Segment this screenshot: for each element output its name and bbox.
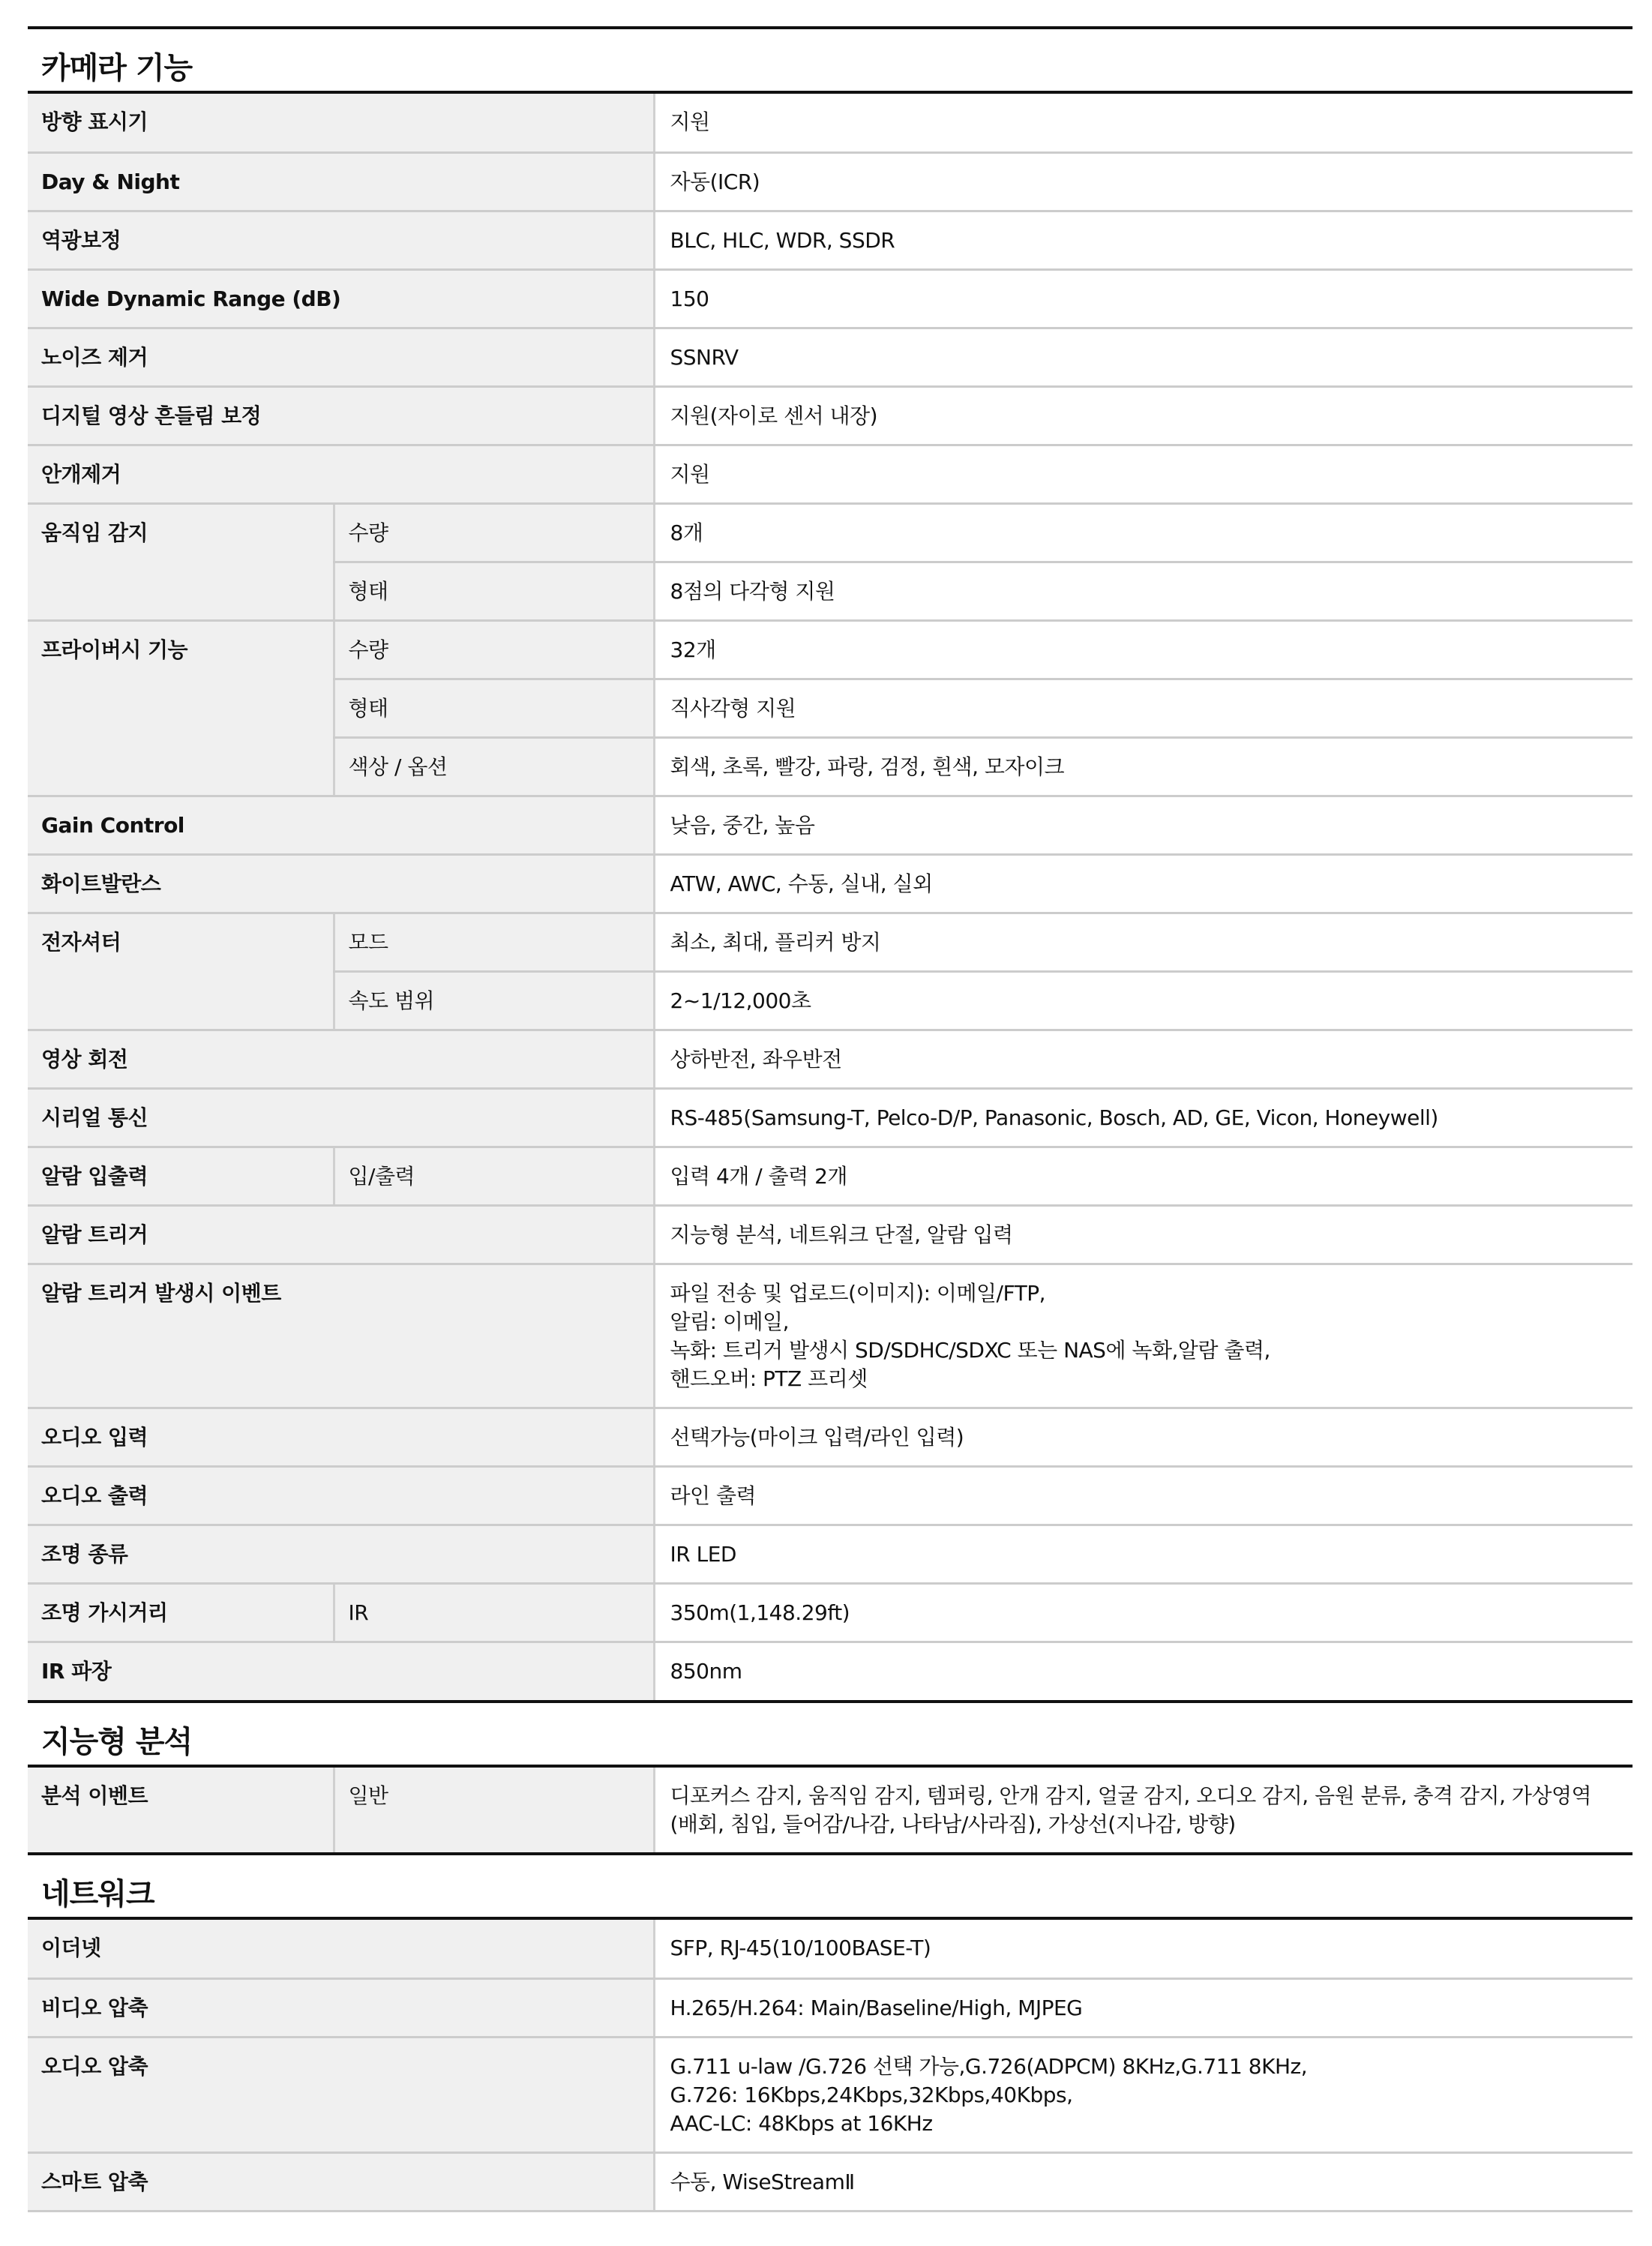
table-row: 프라이버시 기능 수량 32개 (28, 620, 1633, 679)
section-camera-features: 카메라 기능 방향 표시기 지원 Day & Night 자동(ICR) 역광보… (28, 26, 1633, 1700)
table-row: 영상 회전 상하반전, 좌우반전 (28, 1030, 1633, 1088)
row-label: 안개제거 (28, 445, 654, 503)
row-label: 움직임 감지 (28, 503, 334, 620)
row-value: 8점의 다각형 지원 (654, 562, 1633, 620)
value-line: G.711 u-law /G.726 선택 가능,G.726(ADPCM) 8K… (670, 2053, 1620, 2081)
row-label: 알람 입출력 (28, 1147, 334, 1205)
table-row: 이더넷 SFP, RJ-45(10/100BASE-T) (28, 1920, 1633, 1978)
row-value: 디포커스 감지, 움직임 감지, 템퍼링, 안개 감지, 얼굴 감지, 오디오 … (654, 1768, 1633, 1852)
row-label: 프라이버시 기능 (28, 620, 334, 796)
row-value: SSNRV (654, 328, 1633, 386)
row-value: 지원 (654, 445, 1633, 503)
section-title: 지능형 분석 (28, 1703, 1633, 1768)
row-label: 알람 트리거 (28, 1205, 654, 1264)
row-label: 화이트발란스 (28, 854, 654, 913)
spec-table: 방향 표시기 지원 Day & Night 자동(ICR) 역광보정 BLC, … (28, 94, 1633, 1700)
row-value: 직사각형 지원 (654, 679, 1633, 737)
row-sublabel: 속도 범위 (334, 971, 654, 1030)
table-row: 오디오 출력 라인 출력 (28, 1466, 1633, 1525)
row-label: 오디오 압축 (28, 2037, 654, 2152)
row-label: 분석 이벤트 (28, 1768, 334, 1852)
table-row: 디지털 영상 흔들림 보정 지원(자이로 센서 내장) (28, 386, 1633, 445)
row-label: 디지털 영상 흔들림 보정 (28, 386, 654, 445)
row-sublabel: 입/출력 (334, 1147, 654, 1205)
row-label: Day & Night (28, 152, 654, 211)
section-title: 카메라 기능 (28, 29, 1633, 94)
value-line: 알림: 이메일, (670, 1308, 1620, 1336)
row-label: 조명 가시거리 (28, 1583, 334, 1642)
spec-table: 이더넷 SFP, RJ-45(10/100BASE-T) 비디오 압축 H.26… (28, 1920, 1633, 2212)
value-line: 핸드오버: PTZ 프리셋 (670, 1365, 1620, 1393)
row-value: IR LED (654, 1525, 1633, 1583)
row-value: ATW, AWC, 수동, 실내, 실외 (654, 854, 1633, 913)
row-value: 낮음, 중간, 높음 (654, 796, 1633, 854)
row-sublabel: 형태 (334, 679, 654, 737)
table-row: 오디오 압축 G.711 u-law /G.726 선택 가능,G.726(AD… (28, 2037, 1633, 2152)
row-label: 오디오 입력 (28, 1408, 654, 1466)
row-label: Wide Dynamic Range (dB) (28, 269, 654, 328)
spec-table: 분석 이벤트 일반 디포커스 감지, 움직임 감지, 템퍼링, 안개 감지, 얼… (28, 1768, 1633, 1852)
row-value: 2~1/12,000초 (654, 971, 1633, 1030)
value-line: G.726: 16Kbps,24Kbps,32Kbps,40Kbps, (670, 2081, 1620, 2110)
table-row: Gain Control 낮음, 중간, 높음 (28, 796, 1633, 854)
row-label: 오디오 출력 (28, 1466, 654, 1525)
row-sublabel: 수량 (334, 620, 654, 679)
table-row: 알람 트리거 발생시 이벤트 파일 전송 및 업로드(이미지): 이메일/FTP… (28, 1264, 1633, 1408)
row-value: 지원 (654, 94, 1633, 152)
row-label: 알람 트리거 발생시 이벤트 (28, 1264, 654, 1408)
section-intelligent-analytics: 지능형 분석 분석 이벤트 일반 디포커스 감지, 움직임 감지, 템퍼링, 안… (28, 1700, 1633, 1852)
row-label: Gain Control (28, 796, 654, 854)
row-label: 역광보정 (28, 211, 654, 269)
row-sublabel: 일반 (334, 1768, 654, 1852)
row-label: 비디오 압축 (28, 1978, 654, 2037)
row-value: SFP, RJ-45(10/100BASE-T) (654, 1920, 1633, 1978)
row-value: 회색, 초록, 빨강, 파랑, 검정, 흰색, 모자이크 (654, 737, 1633, 796)
table-row: 조명 가시거리 IR 350m(1,148.29ft) (28, 1583, 1633, 1642)
row-label: IR 파장 (28, 1642, 654, 1700)
row-label: 전자셔터 (28, 913, 334, 1030)
table-row: 방향 표시기 지원 (28, 94, 1633, 152)
row-sublabel: 수량 (334, 503, 654, 562)
table-row: 비디오 압축 H.265/H.264: Main/Baseline/High, … (28, 1978, 1633, 2037)
row-label: 시리얼 통신 (28, 1088, 654, 1147)
row-value: 입력 4개 / 출력 2개 (654, 1147, 1633, 1205)
row-label: 영상 회전 (28, 1030, 654, 1088)
row-value: 8개 (654, 503, 1633, 562)
table-row: 알람 입출력 입/출력 입력 4개 / 출력 2개 (28, 1147, 1633, 1205)
spec-sheet: 카메라 기능 방향 표시기 지원 Day & Night 자동(ICR) 역광보… (28, 26, 1633, 2212)
table-row: 분석 이벤트 일반 디포커스 감지, 움직임 감지, 템퍼링, 안개 감지, 얼… (28, 1768, 1633, 1852)
row-value: G.711 u-law /G.726 선택 가능,G.726(ADPCM) 8K… (654, 2037, 1633, 2152)
row-value: 파일 전송 및 업로드(이미지): 이메일/FTP, 알림: 이메일, 녹화: … (654, 1264, 1633, 1408)
row-value: 최소, 최대, 플리커 방지 (654, 913, 1633, 971)
table-row: 노이즈 제거 SSNRV (28, 328, 1633, 386)
row-value: 선택가능(마이크 입력/라인 입력) (654, 1408, 1633, 1466)
value-line: 파일 전송 및 업로드(이미지): 이메일/FTP, (670, 1279, 1620, 1308)
table-row: Day & Night 자동(ICR) (28, 152, 1633, 211)
value-line: (배회, 침입, 들어감/나감, 나타남/사라짐), 가상선(지나감, 방향) (670, 1810, 1620, 1839)
row-value: 150 (654, 269, 1633, 328)
row-value: RS-485(Samsung-T, Pelco-D/P, Panasonic, … (654, 1088, 1633, 1147)
table-row: 움직임 감지 수량 8개 (28, 503, 1633, 562)
row-value: 수동, WiseStreamⅡ (654, 2152, 1633, 2211)
table-row: 화이트발란스 ATW, AWC, 수동, 실내, 실외 (28, 854, 1633, 913)
value-line: AAC-LC: 48Kbps at 16KHz (670, 2110, 1620, 2138)
table-row: 스마트 압축 수동, WiseStreamⅡ (28, 2152, 1633, 2211)
row-value: 자동(ICR) (654, 152, 1633, 211)
row-label: 조명 종류 (28, 1525, 654, 1583)
table-row: 안개제거 지원 (28, 445, 1633, 503)
row-value: 라인 출력 (654, 1466, 1633, 1525)
row-label: 스마트 압축 (28, 2152, 654, 2211)
table-row: 역광보정 BLC, HLC, WDR, SSDR (28, 211, 1633, 269)
table-row: 조명 종류 IR LED (28, 1525, 1633, 1583)
section-network: 네트워크 이더넷 SFP, RJ-45(10/100BASE-T) 비디오 압축… (28, 1852, 1633, 2212)
row-value: 350m(1,148.29ft) (654, 1583, 1633, 1642)
section-title: 네트워크 (28, 1855, 1633, 1920)
row-label: 이더넷 (28, 1920, 654, 1978)
row-label: 노이즈 제거 (28, 328, 654, 386)
value-line: 디포커스 감지, 움직임 감지, 템퍼링, 안개 감지, 얼굴 감지, 오디오 … (670, 1782, 1620, 1810)
row-value: BLC, HLC, WDR, SSDR (654, 211, 1633, 269)
table-row: 알람 트리거 지능형 분석, 네트워크 단절, 알람 입력 (28, 1205, 1633, 1264)
row-value: 32개 (654, 620, 1633, 679)
row-label: 방향 표시기 (28, 94, 654, 152)
row-sublabel: 모드 (334, 913, 654, 971)
row-sublabel: 형태 (334, 562, 654, 620)
table-row: 시리얼 통신 RS-485(Samsung-T, Pelco-D/P, Pana… (28, 1088, 1633, 1147)
row-value: 상하반전, 좌우반전 (654, 1030, 1633, 1088)
row-value: 지능형 분석, 네트워크 단절, 알람 입력 (654, 1205, 1633, 1264)
row-sublabel: IR (334, 1583, 654, 1642)
row-value: 850nm (654, 1642, 1633, 1700)
table-row: IR 파장 850nm (28, 1642, 1633, 1700)
row-sublabel: 색상 / 옵션 (334, 737, 654, 796)
row-value: H.265/H.264: Main/Baseline/High, MJPEG (654, 1978, 1633, 2037)
value-line: 녹화: 트리거 발생시 SD/SDHC/SDXC 또는 NAS에 녹화,알람 출… (670, 1336, 1620, 1365)
table-row: 오디오 입력 선택가능(마이크 입력/라인 입력) (28, 1408, 1633, 1466)
table-row: 전자셔터 모드 최소, 최대, 플리커 방지 (28, 913, 1633, 971)
table-row: Wide Dynamic Range (dB) 150 (28, 269, 1633, 328)
row-value: 지원(자이로 센서 내장) (654, 386, 1633, 445)
